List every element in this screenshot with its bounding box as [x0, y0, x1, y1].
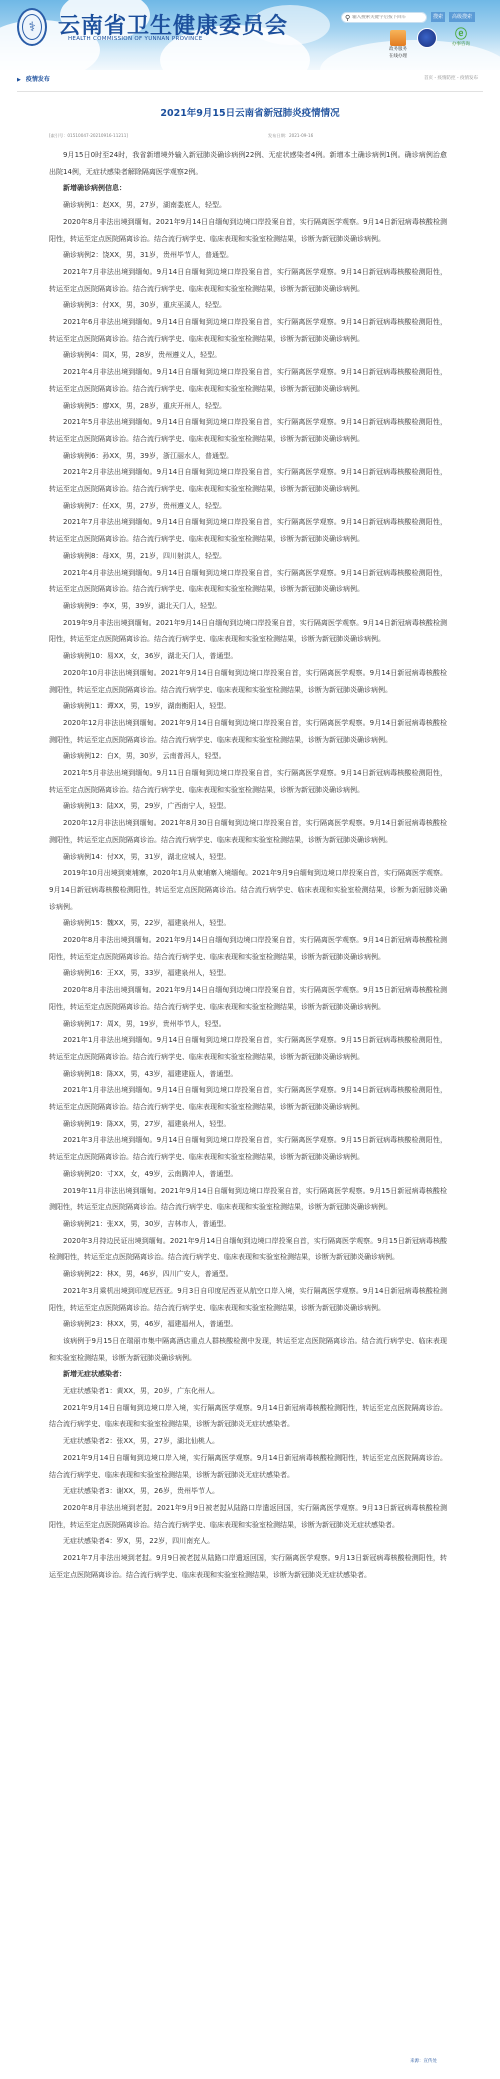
article-paragraph: 确诊病例23：林XX，男，46岁，福建福州人，普通型。 — [49, 1316, 447, 1333]
article-paragraph: 确诊病例19：陈XX，男，27岁，福建泉州人，轻型。 — [49, 1116, 447, 1133]
article-paragraph: 确诊病例20：寸XX，女，49岁，云南腾冲人，普通型。 — [49, 1166, 447, 1183]
service-label: 在线办理 — [386, 54, 410, 60]
article-paragraph: 无症状感染者4：罗X，男，22岁，四川南充人。 — [49, 1533, 447, 1550]
nav-bar: ▶疫情发布 首页 - 疫情防控 - 疫情发布 — [17, 70, 483, 92]
article-paragraph: 确诊病例16：王XX，男，33岁，福建泉州人，轻型。 — [49, 965, 447, 982]
article-paragraph: 确诊病例18：陈XX，男，43岁，福建建瓯人，普通型。 — [49, 1066, 447, 1083]
article-paragraph: 2021年7月非法出境到缅甸。9月14日自缅甸到边境口岸投案自首，实行隔离医学观… — [49, 514, 447, 547]
article-paragraph: 确诊病例14：付XX，男，31岁，湖北应城人，轻型。 — [49, 849, 447, 866]
article-paragraph: 确诊病例8：母XX，男，21岁，四川射洪人，轻型。 — [49, 548, 447, 565]
article-paragraph: 无症状感染者2：张XX，男，27岁，湖北仙桃人。 — [49, 1433, 447, 1450]
yunnan-badge-icon[interactable] — [417, 28, 437, 48]
green-logo-icon: ⓔ — [448, 27, 474, 41]
article-body: 9月15日0时至24时，我省新增境外输入新冠肺炎确诊病例22例、无症状感染者4例… — [49, 147, 447, 1583]
breadcrumb[interactable]: 首页 - 疫情防控 - 疫情发布 — [424, 75, 478, 81]
article-paragraph: 2021年7月非法出境到老挝。9月9日被老挝从陆路口岸遣返回国，实行隔离医学观察… — [49, 1550, 447, 1583]
section-heading: 新增无症状感染者： — [49, 1366, 447, 1383]
service-box-icon — [390, 30, 406, 46]
article-paragraph: 2021年5月非法出境到缅甸。9月11日自缅甸到边境口岸投案自首，实行隔离医学观… — [49, 765, 447, 798]
article-paragraph: 2019年9月非法出境到缅甸。2021年9月14日自缅甸到边境口岸投案自首，实行… — [49, 615, 447, 648]
article-paragraph: 确诊病例7：任XX，男，27岁，贵州遵义人，轻型。 — [49, 498, 447, 515]
article-paragraph: 确诊病例13：陆XX，男，29岁，广西南宁人，轻型。 — [49, 798, 447, 815]
article-paragraph: 无症状感染者3：谢XX，男，26岁，贵州毕节人。 — [49, 1483, 447, 1500]
section-label: 疫情发布 — [26, 76, 50, 83]
service-label: 政务服务 — [386, 47, 410, 53]
article-paragraph: 2021年6月非法出境到缅甸。9月14日自缅甸到边境口岸投案自首，实行隔离医学观… — [49, 314, 447, 347]
article-paragraph: 2019年10月出境到柬埔寨，2020年1月从柬埔寨入境缅甸。2021年9月9自… — [49, 865, 447, 915]
article-paragraph: 确诊病例3：付XX，男，30岁，重庆巫溪人，轻型。 — [49, 297, 447, 314]
logo-emblem-icon[interactable]: ⚕ — [17, 8, 47, 46]
consult-label: 办事咨询 — [448, 41, 474, 47]
article-paragraph: 确诊病例11：谭XX，男，19岁，湖南衡阳人，轻型。 — [49, 698, 447, 715]
consult-link[interactable]: ⓔ 办事咨询 — [448, 27, 474, 47]
article-paragraph: 确诊病例5：廖XX，男，28岁，重庆开州人，轻型。 — [49, 398, 447, 415]
article-paragraph: 确诊病例22：林X，男，46岁，四川广安人，普通型。 — [49, 1266, 447, 1283]
article-paragraph: 2019年11月非法出境到缅甸。2021年9月14日自缅甸到边境口岸投案自首，实… — [49, 1183, 447, 1216]
article-paragraph: 确诊病例4：周X，男，28岁，贵州遵义人，轻型。 — [49, 347, 447, 364]
article-paragraph: 2020年8月非法出境到缅甸。2021年9月14日自缅甸到边境口岸投案自首，实行… — [49, 932, 447, 965]
site-header: ⚕ 云南省卫生健康委员会 HEALTH COMMISSION OF YUNNAN… — [0, 0, 500, 70]
article-paragraph: 2021年9月14日自缅甸到边境口岸入境，实行隔离医学观察。9月14日新冠病毒核… — [49, 1400, 447, 1433]
article-paragraph: 2021年1月非法出境到缅甸。9月14日自缅甸到边境口岸投案自首，实行隔离医学观… — [49, 1082, 447, 1115]
article-paragraph: 该病例于9月15日在瑞丽市集中隔离酒店重点人群核酸检测中发现，转运至定点医院隔离… — [49, 1333, 447, 1366]
article-paragraph: 2020年10月非法出境到缅甸。2021年9月14日自缅甸到边境口岸投案自首，实… — [49, 665, 447, 698]
advanced-search-button[interactable]: 高级搜索 — [449, 12, 475, 22]
article-paragraph: 2021年9月14日自缅甸到边境口岸入境，实行隔离医学观察。9月14日新冠病毒核… — [49, 1450, 447, 1483]
article-paragraph: 9月15日0时至24时，我省新增境外输入新冠肺炎确诊病例22例、无症状感染者4例… — [49, 147, 447, 180]
article-paragraph: 确诊病例15：魏XX，男，22岁，福建泉州人，轻型。 — [49, 915, 447, 932]
article-paragraph: 2021年3月非法出境到缅甸。9月14日自缅甸到边境口岸投案自首，实行隔离医学观… — [49, 1132, 447, 1165]
search-button[interactable]: 搜索 — [431, 12, 445, 22]
article-paragraph: 2020年8月非法出境到老挝。2021年9月9日被老挝从陆路口岸遣返回国，实行隔… — [49, 1500, 447, 1533]
article-paragraph: 2021年5月非法出境到缅甸。9月14日自缅甸到边境口岸投案自首，实行隔离医学观… — [49, 414, 447, 447]
article-paragraph: 2021年2月非法出境到缅甸。9月14日自缅甸到边境口岸投案自首，实行隔离医学观… — [49, 464, 447, 497]
article-meta: [索引号：01510047-20210916-11211] 发布日期：2021-… — [0, 133, 500, 147]
publish-date: 发布日期：2021-09-16 — [268, 133, 313, 139]
article-paragraph: 确诊病例1：赵XX，男，27岁，湖南娄底人，轻型。 — [49, 197, 447, 214]
article-paragraph: 2020年12月非法出境到缅甸。2021年9月14日自缅甸到边境口岸投案自首，实… — [49, 715, 447, 748]
article-paragraph: 2021年7月非法出境到缅甸。9月14日自缅甸到边境口岸投案自首，实行隔离医学观… — [49, 264, 447, 297]
article-paragraph: 2020年12月非法出境到缅甸。2021年8月30日自缅甸到边境口岸投案自首，实… — [49, 815, 447, 848]
article-paragraph: 2021年4月非法出境到缅甸。9月14日自缅甸到边境口岸投案自首，实行隔离医学观… — [49, 364, 447, 397]
article-paragraph: 2021年3月乘机出境到印度尼西亚。9月3日自印度尼西亚从航空口岸入境，实行隔离… — [49, 1283, 447, 1316]
article-paragraph: 确诊病例9：李X，男，39岁，湖北天门人，轻型。 — [49, 598, 447, 615]
article-paragraph: 2021年4月非法出境到缅甸。9月14日自缅甸到边境口岸投案自首，实行隔离医学观… — [49, 565, 447, 598]
gov-service-link[interactable]: 政务服务 在线办理 — [386, 30, 410, 60]
article-source: 来源：宣传处 — [410, 2058, 437, 2064]
article-paragraph: 2020年8月非法出境到缅甸。2021年9月14日自缅甸到边境口岸投案自首，实行… — [49, 214, 447, 247]
article-paragraph: 确诊病例6：孙XX，男，39岁，浙江丽水人，普通型。 — [49, 448, 447, 465]
index-number: [索引号：01510047-20210916-11211] — [49, 133, 128, 139]
article-paragraph: 2020年8月非法出境到缅甸。2021年9月14日自缅甸到边境口岸投案自首，实行… — [49, 982, 447, 1015]
article-paragraph: 确诊病例10：易XX，女，36岁，湖北天门人，普通型。 — [49, 648, 447, 665]
article-paragraph: 2021年1月非法出境到缅甸。9月14日自缅甸到边境口岸投案自首，实行隔离医学观… — [49, 1032, 447, 1065]
search-icon: ⚲ — [345, 14, 350, 22]
search-box: ⚲ — [341, 12, 427, 23]
article-title: 2021年9月15日云南省新冠肺炎疫情情况 — [0, 105, 500, 119]
article-paragraph: 2020年3月持边民证出境到缅甸。2021年9月14日自缅甸到边境口岸投案自首，… — [49, 1233, 447, 1266]
section-heading: 新增确诊病例信息： — [49, 180, 447, 197]
search-input[interactable] — [352, 15, 426, 20]
article-paragraph: 确诊病例12：白X，男，30岁，云南普洱人，轻型。 — [49, 748, 447, 765]
article-paragraph: 无症状感染者1：黄XX，男，20岁，广东化州人。 — [49, 1383, 447, 1400]
article-paragraph: 确诊病例21：张XX，男，30岁，吉林市人，普通型。 — [49, 1216, 447, 1233]
section-title[interactable]: ▶疫情发布 — [17, 74, 50, 83]
site-subtitle: HEALTH COMMISSION OF YUNNAN PROVINCE — [68, 36, 202, 42]
article-paragraph: 确诊病例2：饶XX，男，31岁，贵州毕节人，普通型。 — [49, 247, 447, 264]
triangle-right-icon: ▶ — [17, 77, 21, 83]
article-paragraph: 确诊病例17：周X，男，19岁，贵州毕节人，轻型。 — [49, 1016, 447, 1033]
